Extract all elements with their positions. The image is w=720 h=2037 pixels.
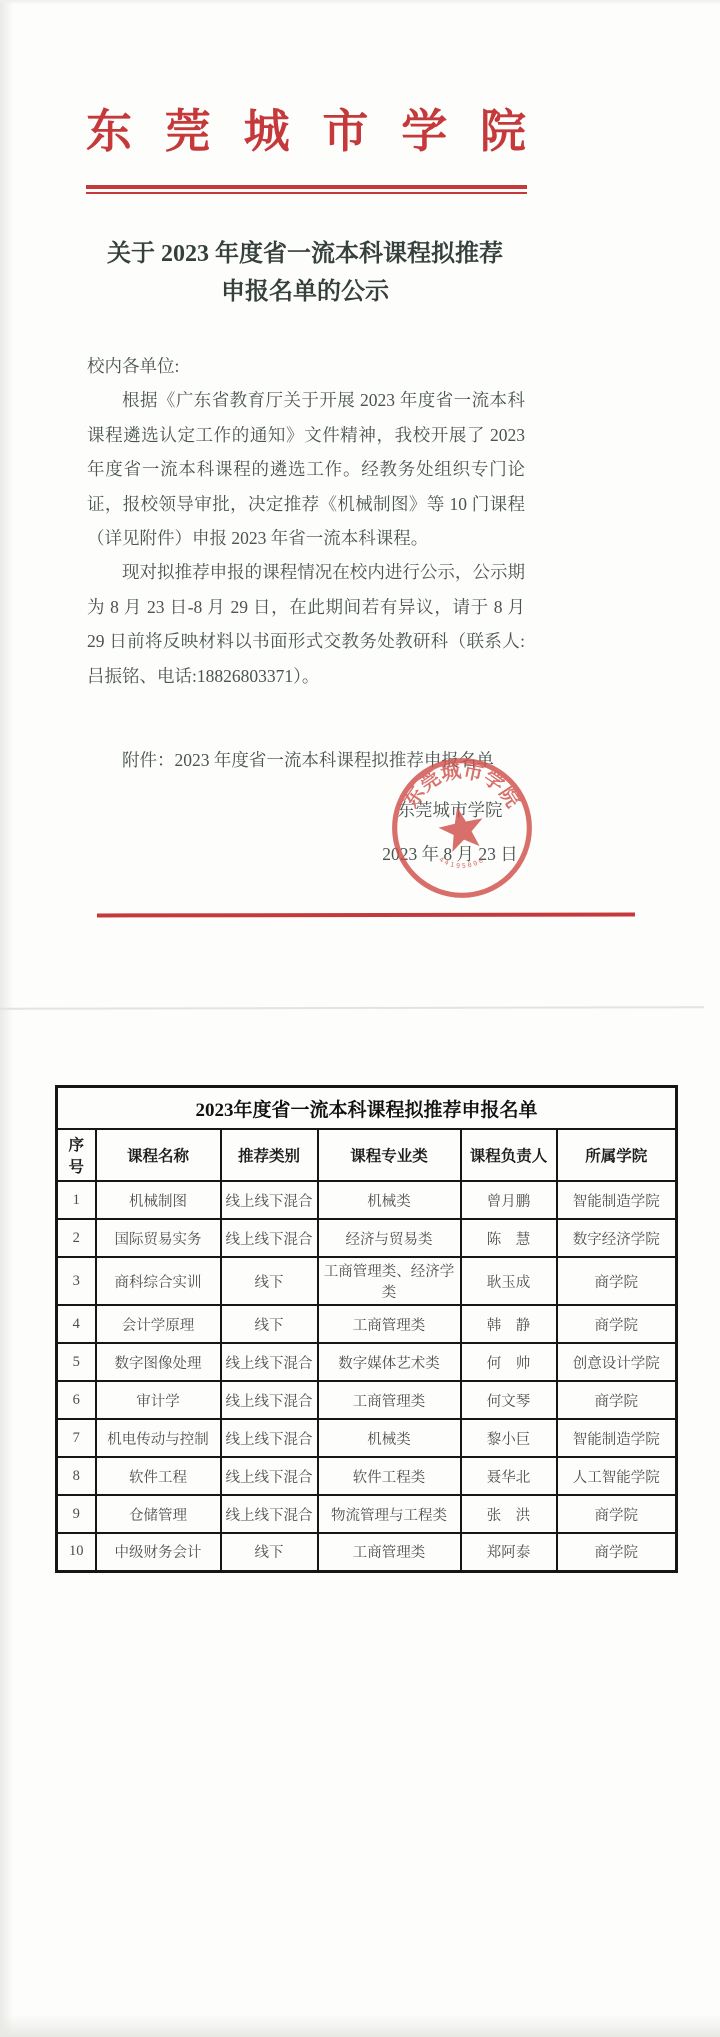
column-header: 课程专业类 bbox=[318, 1129, 461, 1181]
table-cell: 机电传动与控制 bbox=[96, 1419, 221, 1457]
table-cell: 线下 bbox=[221, 1305, 318, 1343]
table-cell: 何文琴 bbox=[461, 1381, 557, 1419]
table-cell: 审计学 bbox=[96, 1381, 221, 1419]
table-cell: 物流管理与工程类 bbox=[318, 1495, 461, 1533]
letterhead-university-name: 东莞城市学院 bbox=[86, 92, 526, 172]
table-cell: 商科综合实训 bbox=[96, 1257, 221, 1305]
table-cell: 5 bbox=[57, 1343, 96, 1381]
table-cell: 7 bbox=[57, 1419, 96, 1457]
table-cell: 机械类 bbox=[318, 1419, 461, 1457]
seal-code: 44195000 bbox=[438, 855, 487, 870]
table-row: 7机电传动与控制线上线下混合机械类黎小巨智能制造学院 bbox=[57, 1419, 677, 1457]
table-cell: 人工智能学院 bbox=[557, 1457, 677, 1495]
table-cell: 1 bbox=[57, 1181, 96, 1219]
table-cell: 会计学原理 bbox=[96, 1305, 221, 1343]
column-header: 课程名称 bbox=[96, 1129, 221, 1181]
table-cell: 黎小巨 bbox=[461, 1419, 557, 1457]
table-cell: 郑阿泰 bbox=[461, 1533, 557, 1571]
table-body: 1机械制图线上线下混合机械类曾月鹏智能制造学院2国际贸易实务线上线下混合经济与贸… bbox=[57, 1181, 677, 1571]
column-header: 序号 bbox=[57, 1129, 96, 1181]
table-header-row: 序号课程名称推荐类别课程专业类课程负责人所属学院 bbox=[57, 1129, 677, 1181]
star-icon bbox=[435, 802, 488, 853]
table-cell: 线上线下混合 bbox=[221, 1419, 318, 1457]
document-title-line1: 关于 2023 年度省一流本科课程拟推荐 bbox=[85, 233, 525, 268]
column-header: 推荐类别 bbox=[221, 1129, 318, 1181]
footer-rule bbox=[97, 913, 635, 918]
scan-edge-bottom bbox=[0, 2015, 720, 2037]
table-cell: 线上线下混合 bbox=[221, 1495, 318, 1533]
table-cell: 聂华北 bbox=[461, 1457, 557, 1495]
table-cell: 商学院 bbox=[557, 1381, 677, 1419]
table-cell: 线上线下混合 bbox=[221, 1381, 318, 1419]
table-row: 6审计学线上线下混合工商管理类何文琴商学院 bbox=[57, 1381, 677, 1419]
table-cell: 智能制造学院 bbox=[557, 1181, 677, 1219]
table-title-row: 2023年度省一流本科课程拟推荐申报名单 bbox=[57, 1087, 677, 1130]
table-row: 5数字图像处理线上线下混合数字媒体艺术类何 帅创意设计学院 bbox=[57, 1343, 677, 1381]
table-cell: 机械制图 bbox=[96, 1181, 221, 1219]
svg-text:东莞城市学院: 东莞城市学院 bbox=[398, 758, 525, 812]
table-cell: 耿玉成 bbox=[461, 1257, 557, 1305]
table-cell: 4 bbox=[57, 1305, 96, 1343]
salutation: 校内各单位: bbox=[87, 349, 525, 383]
table-cell: 商学院 bbox=[557, 1495, 677, 1533]
table-cell: 3 bbox=[57, 1257, 96, 1305]
table-cell: 商学院 bbox=[557, 1257, 677, 1305]
table-cell: 曾月鹏 bbox=[461, 1181, 557, 1219]
table-cell: 数字图像处理 bbox=[96, 1343, 221, 1381]
table-cell: 陈 慧 bbox=[461, 1219, 557, 1257]
svg-text:44195000: 44195000 bbox=[438, 855, 487, 870]
table-cell: 国际贸易实务 bbox=[96, 1219, 221, 1257]
table-cell: 9 bbox=[57, 1495, 96, 1533]
table-cell: 8 bbox=[57, 1457, 96, 1495]
table-row: 2国际贸易实务线上线下混合经济与贸易类陈 慧数字经济学院 bbox=[57, 1219, 677, 1257]
table-row: 9仓储管理线上线下混合物流管理与工程类张 洪商学院 bbox=[57, 1495, 677, 1533]
table-cell: 软件工程 bbox=[96, 1457, 221, 1495]
table-cell: 商学院 bbox=[557, 1305, 677, 1343]
table-cell: 工商管理类 bbox=[318, 1381, 461, 1419]
scan-edge-top bbox=[0, 0, 720, 5]
course-table: 2023年度省一流本科课程拟推荐申报名单 序号课程名称推荐类别课程专业类课程负责… bbox=[55, 1085, 678, 1573]
table-row: 4会计学原理线下工商管理类韩 静商学院 bbox=[57, 1305, 677, 1343]
table-cell: 工商管理类 bbox=[318, 1305, 461, 1343]
table-cell: 数字经济学院 bbox=[557, 1219, 677, 1257]
table-cell: 机械类 bbox=[318, 1181, 461, 1219]
table-cell: 张 洪 bbox=[461, 1495, 557, 1533]
table-cell: 6 bbox=[57, 1381, 96, 1419]
table-cell: 经济与贸易类 bbox=[318, 1219, 461, 1257]
table-cell: 线下 bbox=[221, 1257, 318, 1305]
table-cell: 2 bbox=[57, 1219, 96, 1257]
table-cell: 仓储管理 bbox=[96, 1495, 221, 1533]
table-cell: 韩 静 bbox=[461, 1305, 557, 1343]
scan-edge-left bbox=[0, 0, 13, 2037]
body-paragraph-2: 现对拟推荐申报的课程情况在校内进行公示，公示期为 8 月 23 日-8 月 29… bbox=[87, 555, 525, 693]
page-break-line bbox=[0, 1006, 704, 1009]
table-row: 3商科综合实训线下工商管理类、经济学类耿玉成商学院 bbox=[57, 1257, 677, 1305]
table-title: 2023年度省一流本科课程拟推荐申报名单 bbox=[57, 1087, 677, 1130]
document-title-line2: 申报名单的公示 bbox=[85, 271, 525, 306]
table-row: 1机械制图线上线下混合机械类曾月鹏智能制造学院 bbox=[57, 1181, 677, 1219]
seal-graphic: 东莞城市学院 44195000 bbox=[388, 754, 536, 902]
official-seal: 东莞城市学院 44195000 bbox=[388, 754, 536, 902]
table-row: 10中级财务会计线下工商管理类郑阿泰商学院 bbox=[57, 1533, 677, 1571]
table-cell: 中级财务会计 bbox=[96, 1533, 221, 1571]
table-cell: 工商管理类 bbox=[318, 1533, 461, 1571]
table-cell: 线上线下混合 bbox=[221, 1457, 318, 1495]
letter-body: 校内各单位: 根据《广东省教育厅关于开展 2023 年度省一流本科课程遴选认定工… bbox=[87, 349, 525, 777]
table-cell: 智能制造学院 bbox=[557, 1419, 677, 1457]
table-cell: 线上线下混合 bbox=[221, 1219, 318, 1257]
body-paragraph-1: 根据《广东省教育厅关于开展 2023 年度省一流本科课程遴选认定工作的通知》文件… bbox=[87, 383, 525, 555]
column-header: 所属学院 bbox=[557, 1129, 677, 1181]
table-cell: 线上线下混合 bbox=[221, 1343, 318, 1381]
letterhead-rule bbox=[86, 185, 527, 194]
table-row: 8软件工程线上线下混合软件工程类聂华北人工智能学院 bbox=[57, 1457, 677, 1495]
table-cell: 何 帅 bbox=[461, 1343, 557, 1381]
seal-arc-text: 东莞城市学院 bbox=[398, 758, 525, 812]
table-cell: 线上线下混合 bbox=[221, 1181, 318, 1219]
table-cell: 创意设计学院 bbox=[557, 1343, 677, 1381]
table-cell: 软件工程类 bbox=[318, 1457, 461, 1495]
table-cell: 10 bbox=[57, 1533, 96, 1571]
table-cell: 线下 bbox=[221, 1533, 318, 1571]
table-cell: 数字媒体艺术类 bbox=[318, 1343, 461, 1381]
column-header: 课程负责人 bbox=[461, 1129, 557, 1181]
table-cell: 工商管理类、经济学类 bbox=[318, 1257, 461, 1305]
table-cell: 商学院 bbox=[557, 1533, 677, 1571]
